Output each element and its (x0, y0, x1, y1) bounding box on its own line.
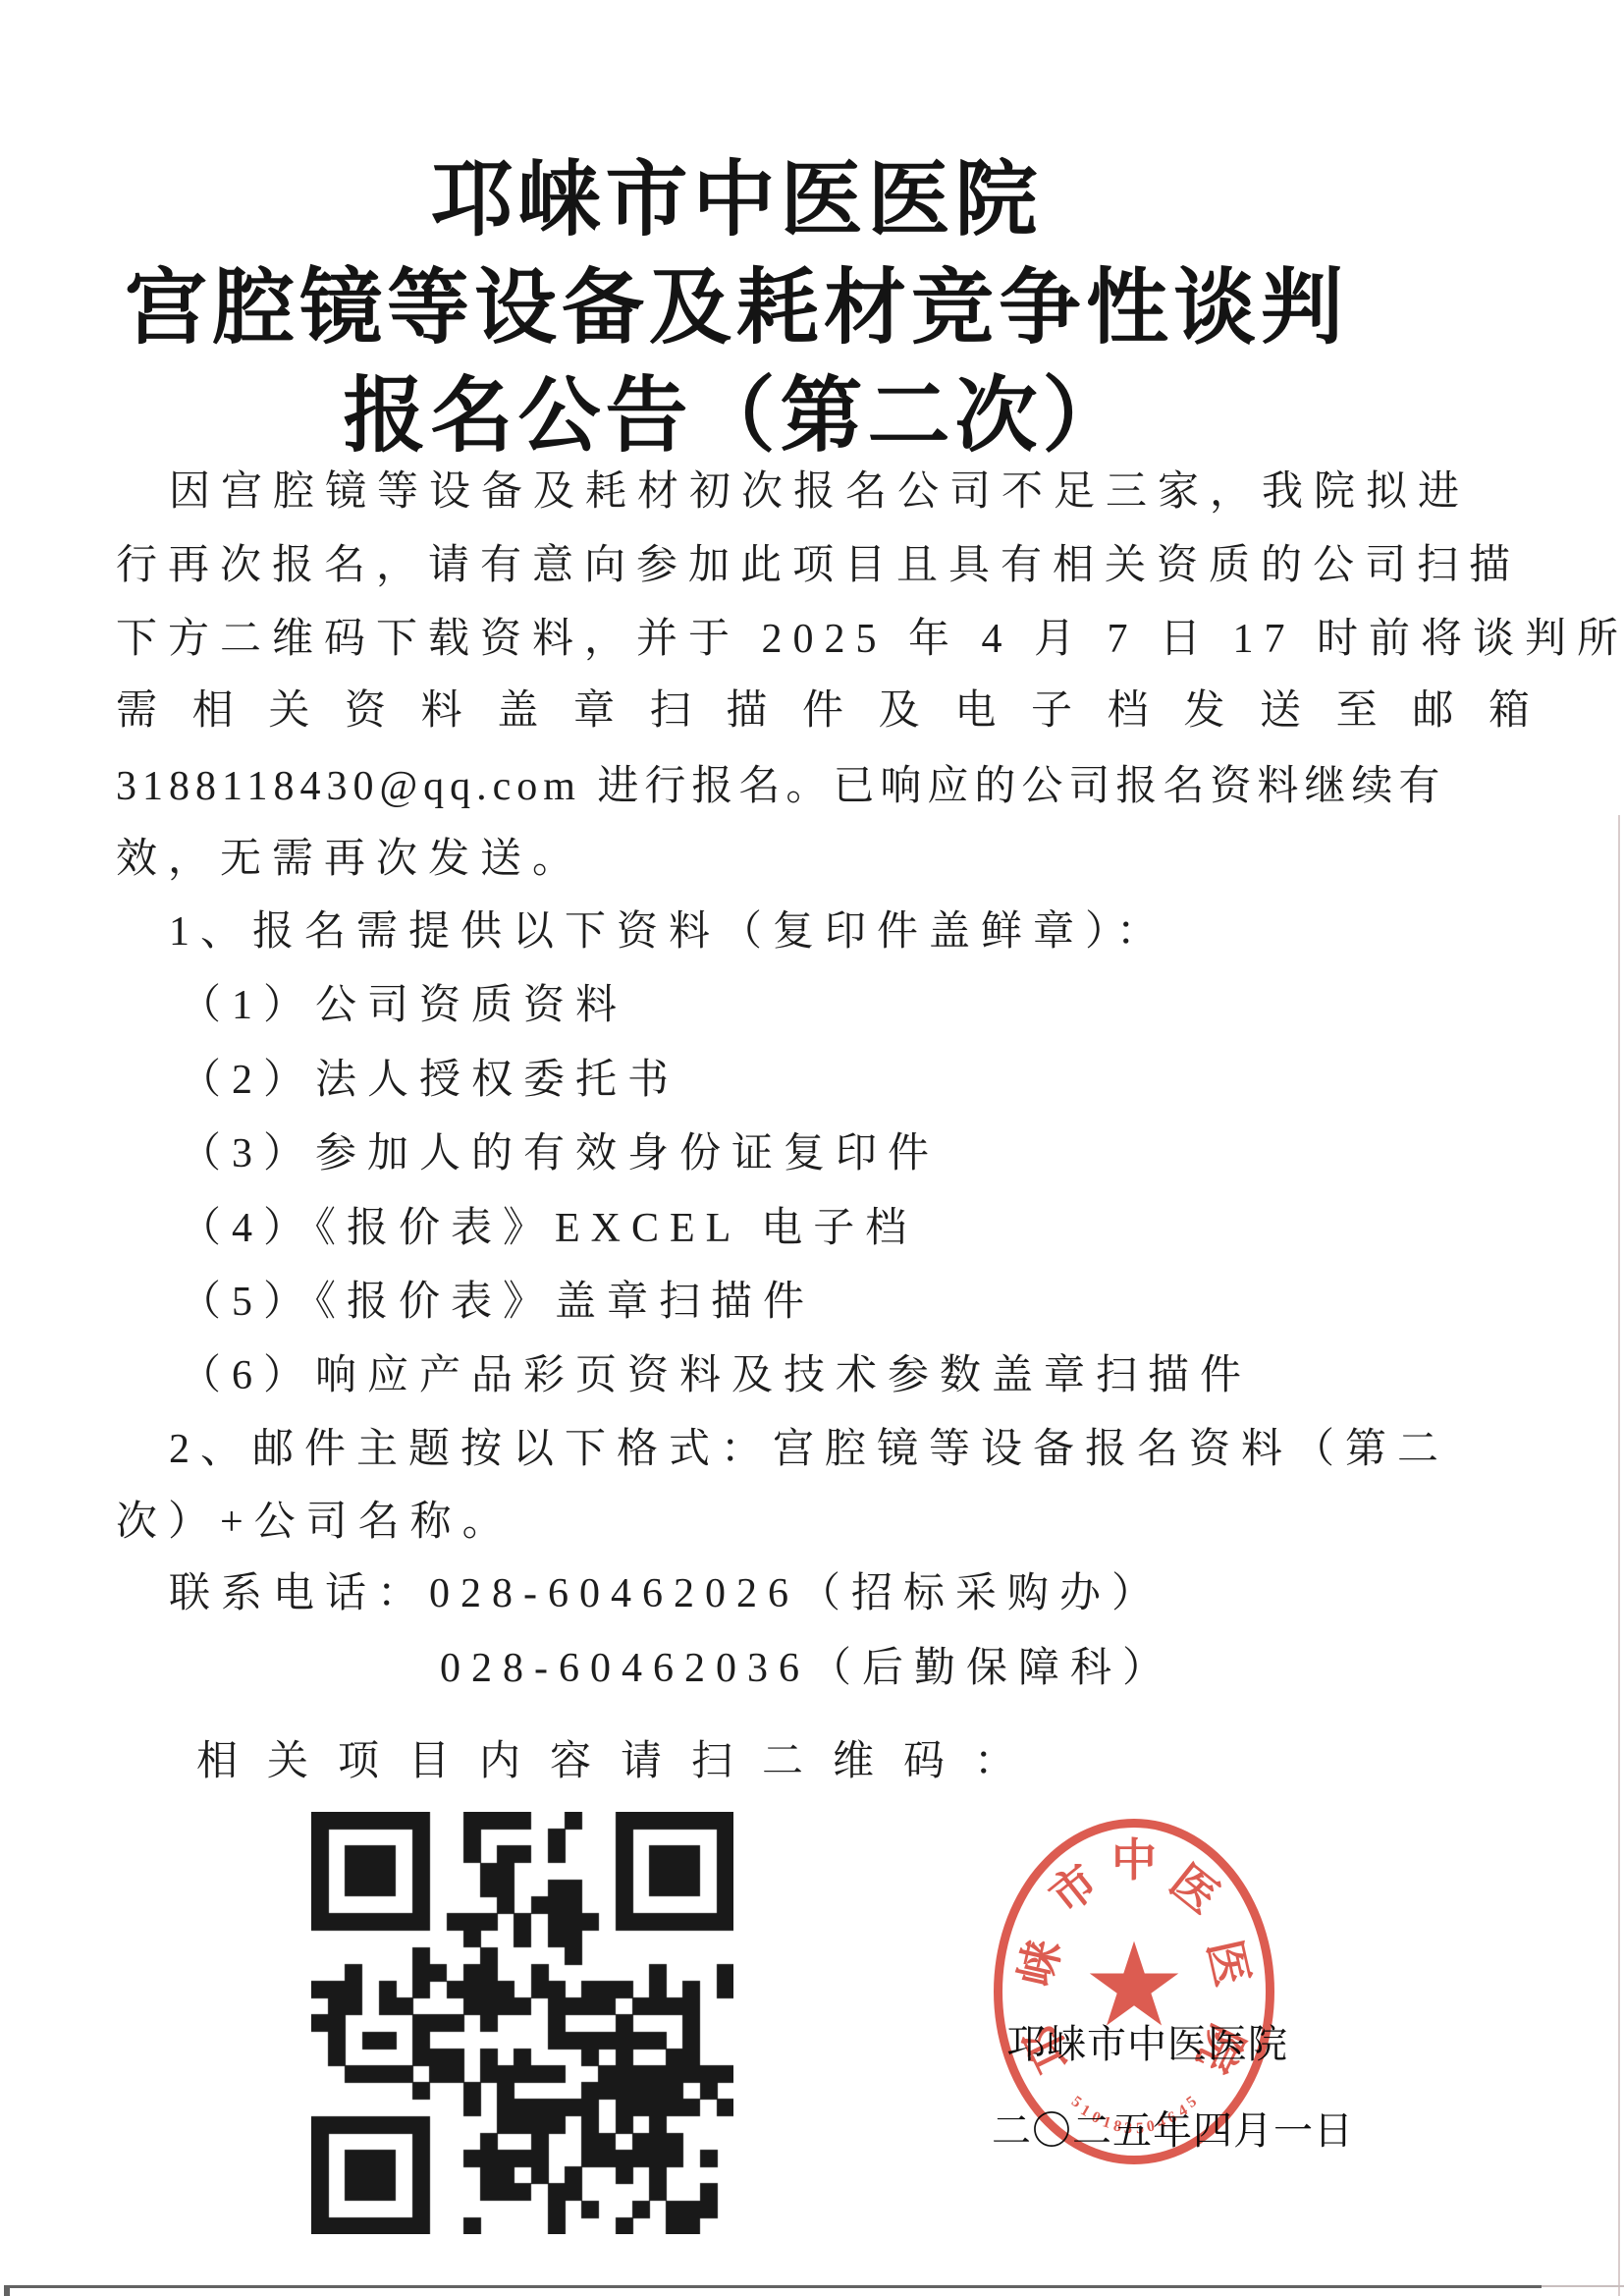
email-subject-line2: 次）+公司名称。 (116, 1498, 1530, 1547)
requirements-heading: 1、报名需提供以下资料（复印件盖鲜章）： (116, 907, 1583, 957)
scan-edge-line (1618, 815, 1620, 2296)
paragraph1-line6: 效，无需再次发送。 (116, 835, 1530, 884)
scan-bottom-line (4, 2285, 1542, 2288)
contact-phone-bidding: 联系电话：028-60462026（招标采购办） (116, 1569, 1583, 1618)
signature-hospital-name: 邛崃市中医医院 (1006, 2013, 1288, 2069)
requirement-item-5: （5）《报价表》盖章扫描件 (116, 1278, 1594, 1327)
scan-bottom-tick (4, 2285, 10, 2296)
doc-title-announcement: 报名公告（第二次） (0, 350, 1473, 468)
paragraph1-line5-email: 3188118430@qq.com 进行报名。已响应的公司报名资料继续有 (116, 762, 1530, 811)
paragraph1-line1: 因宫腔镜等设备及耗材初次报名公司不足三家，我院拟进 (116, 467, 1583, 517)
requirement-item-6: （6）响应产品彩页资料及技术参数盖章扫描件 (116, 1351, 1594, 1400)
qr-code (311, 1812, 733, 2234)
signature-date: 二〇二五年四月一日 (992, 2100, 1354, 2156)
requirement-item-1: （1）公司资质资料 (116, 981, 1594, 1030)
paragraph1-line4: 需相关资料盖章扫描件及电子档发送至邮箱 (116, 686, 1530, 736)
contact-phone-logistics: 028-60462036（后勤保障科） (116, 1644, 1624, 1693)
scanned-announcement-page: 邛崃市中医医院 宫腔镜等设备及耗材竞争性谈判 报名公告（第二次） 因宫腔镜等设备… (0, 0, 1624, 2296)
requirement-item-3: （3）参加人的有效身份证复印件 (116, 1129, 1594, 1178)
doc-title-project: 宫腔镜等设备及耗材竞争性谈判 (0, 242, 1473, 360)
email-subject-line1: 2、邮件主题按以下格式：宫腔镜等设备报名资料（第二 (116, 1425, 1583, 1474)
qr-caption: 相关项目内容请扫二维码： (116, 1737, 1610, 1786)
scan-bottom-line-light (1542, 2285, 1624, 2287)
paragraph1-line3: 下方二维码下载资料，并于 2025 年 4 月 7 日 17 时前将谈判所 (116, 615, 1530, 664)
requirement-item-4: （4）《报价表》EXCEL 电子档 (116, 1204, 1594, 1253)
doc-title-hospital: 邛崃市中医医院 (0, 134, 1473, 252)
paragraph1-line2: 行再次报名，请有意向参加此项目且具有相关资质的公司扫描 (116, 541, 1530, 590)
requirement-item-2: （2）法人授权委托书 (116, 1056, 1594, 1105)
